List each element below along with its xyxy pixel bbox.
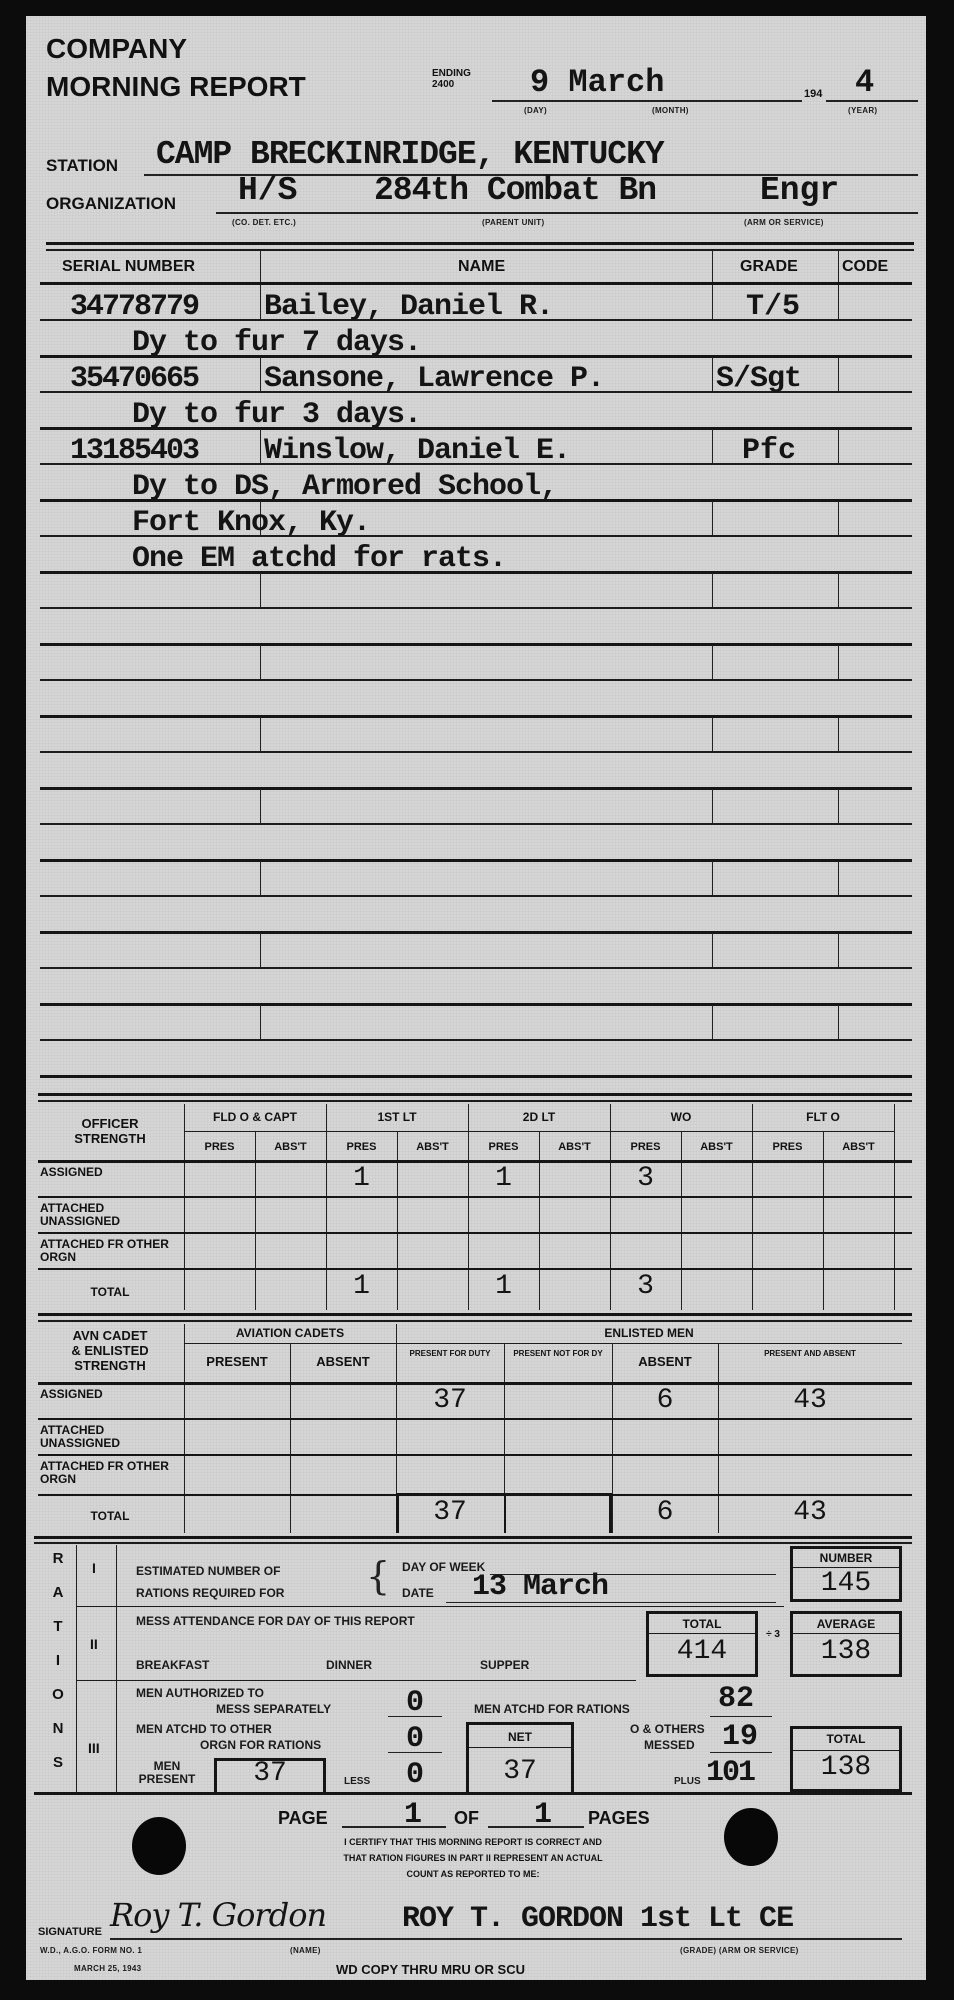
date-field-underline: [446, 1602, 776, 1603]
others-value: 19: [722, 1720, 758, 1754]
pages-underline: [488, 1826, 584, 1828]
less-label: LESS: [344, 1776, 370, 1787]
binder-hole: [132, 1817, 186, 1875]
number-value: 145: [790, 1568, 902, 1599]
divider: [38, 1418, 912, 1420]
enlisted-title-line2: & ENLISTED: [38, 1343, 182, 1358]
enlisted-title-line1: AVN CADET: [38, 1328, 182, 1343]
rations-letter: N: [48, 1720, 68, 1737]
atchd-other-line1: MEN ATCHD TO OTHER: [136, 1722, 272, 1736]
caption-grade: (GRADE) (ARM OR SERVICE): [680, 1946, 799, 1955]
caption-year: (YEAR): [848, 106, 877, 115]
divider: [40, 1039, 912, 1041]
plus-value: 101: [706, 1756, 754, 1790]
net-label: NET: [466, 1730, 574, 1744]
divider: [40, 715, 912, 718]
ration-total-value: 138: [790, 1752, 902, 1783]
divider: [184, 1131, 894, 1132]
divider: [76, 1606, 784, 1607]
header-grade: GRADE: [740, 258, 798, 276]
divider: [38, 1320, 912, 1322]
divider: [260, 717, 261, 751]
ending-label-bottom: 2400: [432, 79, 471, 90]
certify-line2: THAT RATION FIGURES IN PART II REPRESENT…: [238, 1850, 708, 1866]
entry-name: Bailey, Daniel R.: [264, 290, 553, 324]
entry-name: Winslow, Daniel E.: [264, 434, 570, 468]
enlisted-cell: 6: [612, 1496, 718, 1530]
divider: [260, 251, 261, 282]
divider: [712, 429, 713, 463]
header-code: CODE: [842, 258, 888, 276]
divider: [712, 789, 713, 823]
divider: [712, 251, 713, 282]
divider: [40, 607, 912, 609]
officer-cell: 1: [468, 1270, 539, 1304]
officer-sub-header: PRES: [610, 1141, 681, 1153]
officer-group-header: 1ST LT: [326, 1110, 468, 1124]
atchd-other-underline: [388, 1752, 442, 1753]
part1-label-line1: ESTIMATED NUMBER OF: [136, 1560, 284, 1582]
enlisted-col-header: ABSENT: [612, 1356, 718, 1368]
divider: [260, 861, 261, 895]
part1-numeral: I: [92, 1560, 96, 1576]
handwritten-signature: Roy T. Gordon: [110, 1896, 326, 1934]
entry-serial: 34778779: [70, 290, 198, 324]
binder-hole: [724, 1808, 778, 1866]
divider: [838, 429, 839, 463]
mess-attendance-title: MESS ATTENDANCE FOR DAY OF THIS REPORT: [136, 1614, 415, 1628]
officer-strength-title-line2: STRENGTH: [38, 1131, 182, 1146]
divider: [46, 242, 914, 245]
organization-label: ORGANIZATION: [46, 194, 176, 214]
org-company: H/S: [238, 172, 297, 209]
divider: [838, 861, 839, 895]
officer-row-label: ATTACHED FR OTHER ORGN: [40, 1238, 180, 1264]
form-id-line1: W.D., A.G.O. FORM NO. 1: [40, 1946, 142, 1955]
caption-day: (DAY): [524, 106, 547, 115]
entry-grade: S/Sgt: [716, 362, 801, 396]
auth-value: 0: [406, 1686, 424, 1720]
form-title-line2: MORNING REPORT: [46, 72, 306, 102]
enlisted-cell: 43: [718, 1384, 902, 1418]
pages-label: PAGES: [588, 1808, 650, 1829]
divider: [38, 1454, 912, 1456]
others-line1: O & OTHERS: [630, 1722, 705, 1736]
entry-grade: Pfc: [742, 434, 796, 468]
brace-glyph: {: [366, 1556, 390, 1596]
auth-line2: MESS SEPARATELY: [216, 1702, 331, 1716]
divider: [752, 1104, 753, 1310]
report-date: 9 March: [530, 64, 664, 101]
rations-letter: O: [48, 1686, 68, 1703]
divide-by-three: ÷ 3: [764, 1628, 782, 1642]
divider: [40, 679, 912, 681]
enlisted-row-label: ATTACHED FR OTHER ORGN: [40, 1460, 180, 1486]
enlisted-strength-title: AVN CADET & ENLISTED STRENGTH: [38, 1328, 182, 1373]
enlisted-col-header: PRESENT AND ABSENT: [718, 1348, 902, 1360]
officer-row-label: ATTACHED UNASSIGNED: [40, 1202, 180, 1228]
divider: [260, 357, 261, 391]
divider: [184, 1343, 902, 1344]
dinner-label: DINNER: [326, 1658, 372, 1672]
ending-label-top: ENDING: [432, 68, 471, 79]
officer-sub-header: ABS'T: [539, 1141, 610, 1153]
certify-line3: COUNT AS REPORTED TO ME:: [238, 1866, 708, 1882]
part1-label-line2: RATIONS REQUIRED FOR: [136, 1582, 284, 1604]
divider: [34, 1536, 912, 1539]
divider: [712, 717, 713, 751]
year-prefix: 194: [804, 88, 822, 100]
officer-sub-header: ABS'T: [255, 1141, 326, 1153]
divider: [838, 501, 839, 535]
officer-row-label: ASSIGNED: [40, 1166, 180, 1179]
page-label: PAGE: [278, 1808, 328, 1829]
divider: [76, 1680, 636, 1681]
officer-sub-header: PRES: [326, 1141, 397, 1153]
divider: [260, 933, 261, 967]
header-serial-number: SERIAL NUMBER: [62, 258, 195, 276]
divider: [255, 1132, 256, 1310]
divider: [38, 1313, 912, 1316]
entry-remark: Dy to fur 3 days.: [132, 398, 421, 432]
date-underline: [492, 100, 802, 102]
officer-cell: 3: [610, 1162, 681, 1196]
divider: [838, 251, 839, 282]
year-underline: [826, 100, 918, 102]
note-line: One EM atchd for rats.: [132, 542, 506, 576]
divider: [260, 1005, 261, 1039]
part1-label: ESTIMATED NUMBER OF RATIONS REQUIRED FOR: [136, 1560, 284, 1604]
number-label: NUMBER: [790, 1551, 902, 1565]
men-present-value: 37: [214, 1758, 326, 1789]
officer-sub-header: PRES: [752, 1141, 823, 1153]
atchd-rations-value: 82: [718, 1682, 754, 1716]
divider: [40, 931, 912, 934]
divider: [838, 933, 839, 967]
officer-strength-title-line1: OFFICER: [38, 1116, 182, 1131]
breakfast-label: BREAKFAST: [136, 1658, 209, 1672]
caption-co: (CO. DET. ETC.): [232, 218, 296, 227]
supper-label: SUPPER: [480, 1658, 529, 1672]
certify-line1: I CERTIFY THAT THIS MORNING REPORT IS CO…: [238, 1834, 708, 1850]
divider: [838, 573, 839, 607]
net-value: 37: [466, 1756, 574, 1787]
entry-serial: 35470665: [70, 362, 198, 396]
station-value: CAMP BRECKINRIDGE, KENTUCKY: [156, 136, 664, 173]
others-line2: MESSED: [644, 1738, 695, 1752]
enlisted-cell: 37: [396, 1384, 504, 1418]
atchd-rations-underline: [710, 1716, 772, 1717]
divider: [712, 285, 713, 319]
divider: [116, 1545, 117, 1792]
enlisted-title-line3: STRENGTH: [38, 1358, 182, 1373]
divider: [34, 1542, 912, 1544]
caption-name: (NAME): [290, 1946, 321, 1955]
entry-grade: T/5: [746, 290, 800, 324]
divider: [838, 1005, 839, 1039]
divider: [838, 285, 839, 319]
rations-letter: I: [48, 1652, 68, 1669]
form-title-line1: COMPANY: [46, 34, 187, 64]
entry-remark: Fort Knox, Ky.: [132, 506, 370, 540]
divider: [260, 285, 261, 319]
divider: [838, 645, 839, 679]
ration-date-value: 13 March: [472, 1570, 608, 1604]
divider: [40, 282, 912, 285]
auth-underline: [388, 1716, 442, 1717]
part3-numeral: III: [88, 1740, 100, 1756]
caption-parent: (PARENT UNIT): [482, 218, 544, 227]
signature-label: SIGNATURE: [38, 1926, 102, 1938]
officer-strength-title: OFFICER STRENGTH: [38, 1116, 182, 1146]
divider: [40, 1003, 912, 1006]
caption-arm: (ARM OR SERVICE): [744, 218, 824, 227]
atchd-rations-label: MEN ATCHD FOR RATIONS: [474, 1702, 630, 1716]
of-label: OF: [454, 1808, 479, 1829]
aviation-cadets-header: AVIATION CADETS: [184, 1326, 396, 1340]
men-present-line2: PRESENT: [124, 1773, 210, 1786]
signature-underline: [110, 1938, 902, 1940]
header-name: NAME: [458, 258, 505, 276]
divider: [469, 1747, 571, 1748]
enlisted-col-header: PRESENT: [184, 1356, 290, 1368]
divider: [38, 1100, 912, 1102]
divider: [838, 717, 839, 751]
divider: [649, 1633, 755, 1634]
atchd-other-line2: ORGN FOR RATIONS: [200, 1738, 321, 1752]
officer-cell: 1: [468, 1162, 539, 1196]
officer-cell: 1: [326, 1162, 397, 1196]
enlisted-col-header: PRESENT NOT FOR DY: [504, 1348, 612, 1360]
divider: [793, 1750, 899, 1751]
divider: [260, 645, 261, 679]
less-value: 0: [406, 1758, 424, 1792]
atchd-other-value: 0: [406, 1722, 424, 1756]
divider: [823, 1132, 824, 1310]
officer-sub-header: ABS'T: [397, 1141, 468, 1153]
divider: [838, 789, 839, 823]
auth-line1: MEN AUTHORIZED TO: [136, 1686, 264, 1700]
divider: [681, 1132, 682, 1310]
officer-sub-header: ABS'T: [823, 1141, 894, 1153]
divider: [38, 1093, 912, 1096]
ration-total-label: TOTAL: [790, 1732, 902, 1746]
divider: [712, 501, 713, 535]
ending-label: ENDING 2400: [432, 68, 471, 90]
station-label: STATION: [46, 156, 118, 176]
enlisted-col-header: ABSENT: [290, 1356, 396, 1368]
divider: [290, 1344, 291, 1533]
officer-group-header: FLD O & CAPT: [184, 1110, 326, 1124]
entry-serial: 13185403: [70, 434, 198, 468]
divider: [40, 823, 912, 825]
caption-month: (MONTH): [652, 106, 689, 115]
enlisted-row-label: TOTAL: [40, 1510, 180, 1523]
divider: [38, 1232, 912, 1234]
officer-row-label: TOTAL: [40, 1286, 180, 1299]
officer-group-header: WO: [610, 1110, 752, 1124]
copy-note: WD COPY THRU MRU OR SCU: [336, 1962, 525, 1977]
date-label: DATE: [402, 1586, 434, 1600]
divider: [40, 895, 912, 897]
enlisted-cell: 6: [612, 1384, 718, 1418]
rations-letter: R: [48, 1550, 68, 1567]
others-underline: [710, 1752, 772, 1753]
divider: [260, 429, 261, 463]
officer-group-header: 2D LT: [468, 1110, 610, 1124]
entry-remark: Dy to fur 7 days.: [132, 326, 421, 360]
plus-label: PLUS: [674, 1776, 701, 1787]
divider: [712, 933, 713, 967]
divider: [712, 573, 713, 607]
typed-name: ROY T. GORDON 1st Lt CE: [402, 1902, 793, 1936]
enlisted-row-label: ATTACHED UNASSIGNED: [40, 1424, 180, 1450]
average-label: AVERAGE: [790, 1617, 902, 1631]
divider: [712, 357, 713, 391]
divider: [397, 1132, 398, 1310]
enlisted-men-header: ENLISTED MEN: [396, 1326, 902, 1340]
rations-letter: S: [48, 1754, 68, 1771]
officer-cell: 3: [610, 1270, 681, 1304]
divider: [712, 1005, 713, 1039]
rations-letter: T: [48, 1618, 68, 1635]
divider: [712, 645, 713, 679]
officer-sub-header: ABS'T: [681, 1141, 752, 1153]
organization-underline: [216, 212, 918, 214]
divider: [46, 249, 914, 251]
divider: [539, 1132, 540, 1310]
divider: [184, 1104, 185, 1310]
divider: [38, 1196, 912, 1198]
enlisted-cell: 43: [718, 1496, 902, 1530]
officer-sub-header: PRES: [184, 1141, 255, 1153]
rations-letter: A: [48, 1584, 68, 1601]
officer-group-header: FLT O: [752, 1110, 894, 1124]
divider: [40, 643, 912, 646]
certification-text: I CERTIFY THAT THIS MORNING REPORT IS CO…: [238, 1834, 708, 1882]
report-year-digit: 4: [855, 64, 874, 101]
org-parent-unit: 284th Combat Bn: [374, 172, 656, 209]
divider: [793, 1633, 899, 1634]
part2-numeral: II: [90, 1636, 98, 1652]
attendance-total-value: 414: [646, 1636, 758, 1667]
divider: [894, 1104, 895, 1310]
divider: [260, 573, 261, 607]
divider: [838, 357, 839, 391]
divider: [504, 1493, 506, 1533]
divider: [712, 861, 713, 895]
page-underline: [342, 1826, 446, 1828]
men-present-label: MEN PRESENT: [124, 1760, 210, 1786]
divider: [260, 789, 261, 823]
divider: [40, 967, 912, 969]
officer-cell: 1: [326, 1270, 397, 1304]
divider: [40, 787, 912, 790]
officer-sub-header: PRES: [468, 1141, 539, 1153]
org-arm: Engr: [760, 172, 839, 209]
enlisted-row-label: ASSIGNED: [40, 1388, 180, 1401]
divider: [40, 859, 912, 862]
divider: [76, 1545, 77, 1792]
divider: [40, 751, 912, 753]
average-value: 138: [790, 1636, 902, 1667]
enlisted-col-header: PRESENT FOR DUTY: [396, 1348, 504, 1360]
form-id-line2: MARCH 25, 1943: [74, 1964, 141, 1973]
divider: [40, 1075, 912, 1078]
entry-remark: Dy to DS, Armored School,: [132, 470, 557, 504]
attendance-total-label: TOTAL: [646, 1617, 758, 1631]
entry-name: Sansone, Lawrence P.: [264, 362, 604, 396]
